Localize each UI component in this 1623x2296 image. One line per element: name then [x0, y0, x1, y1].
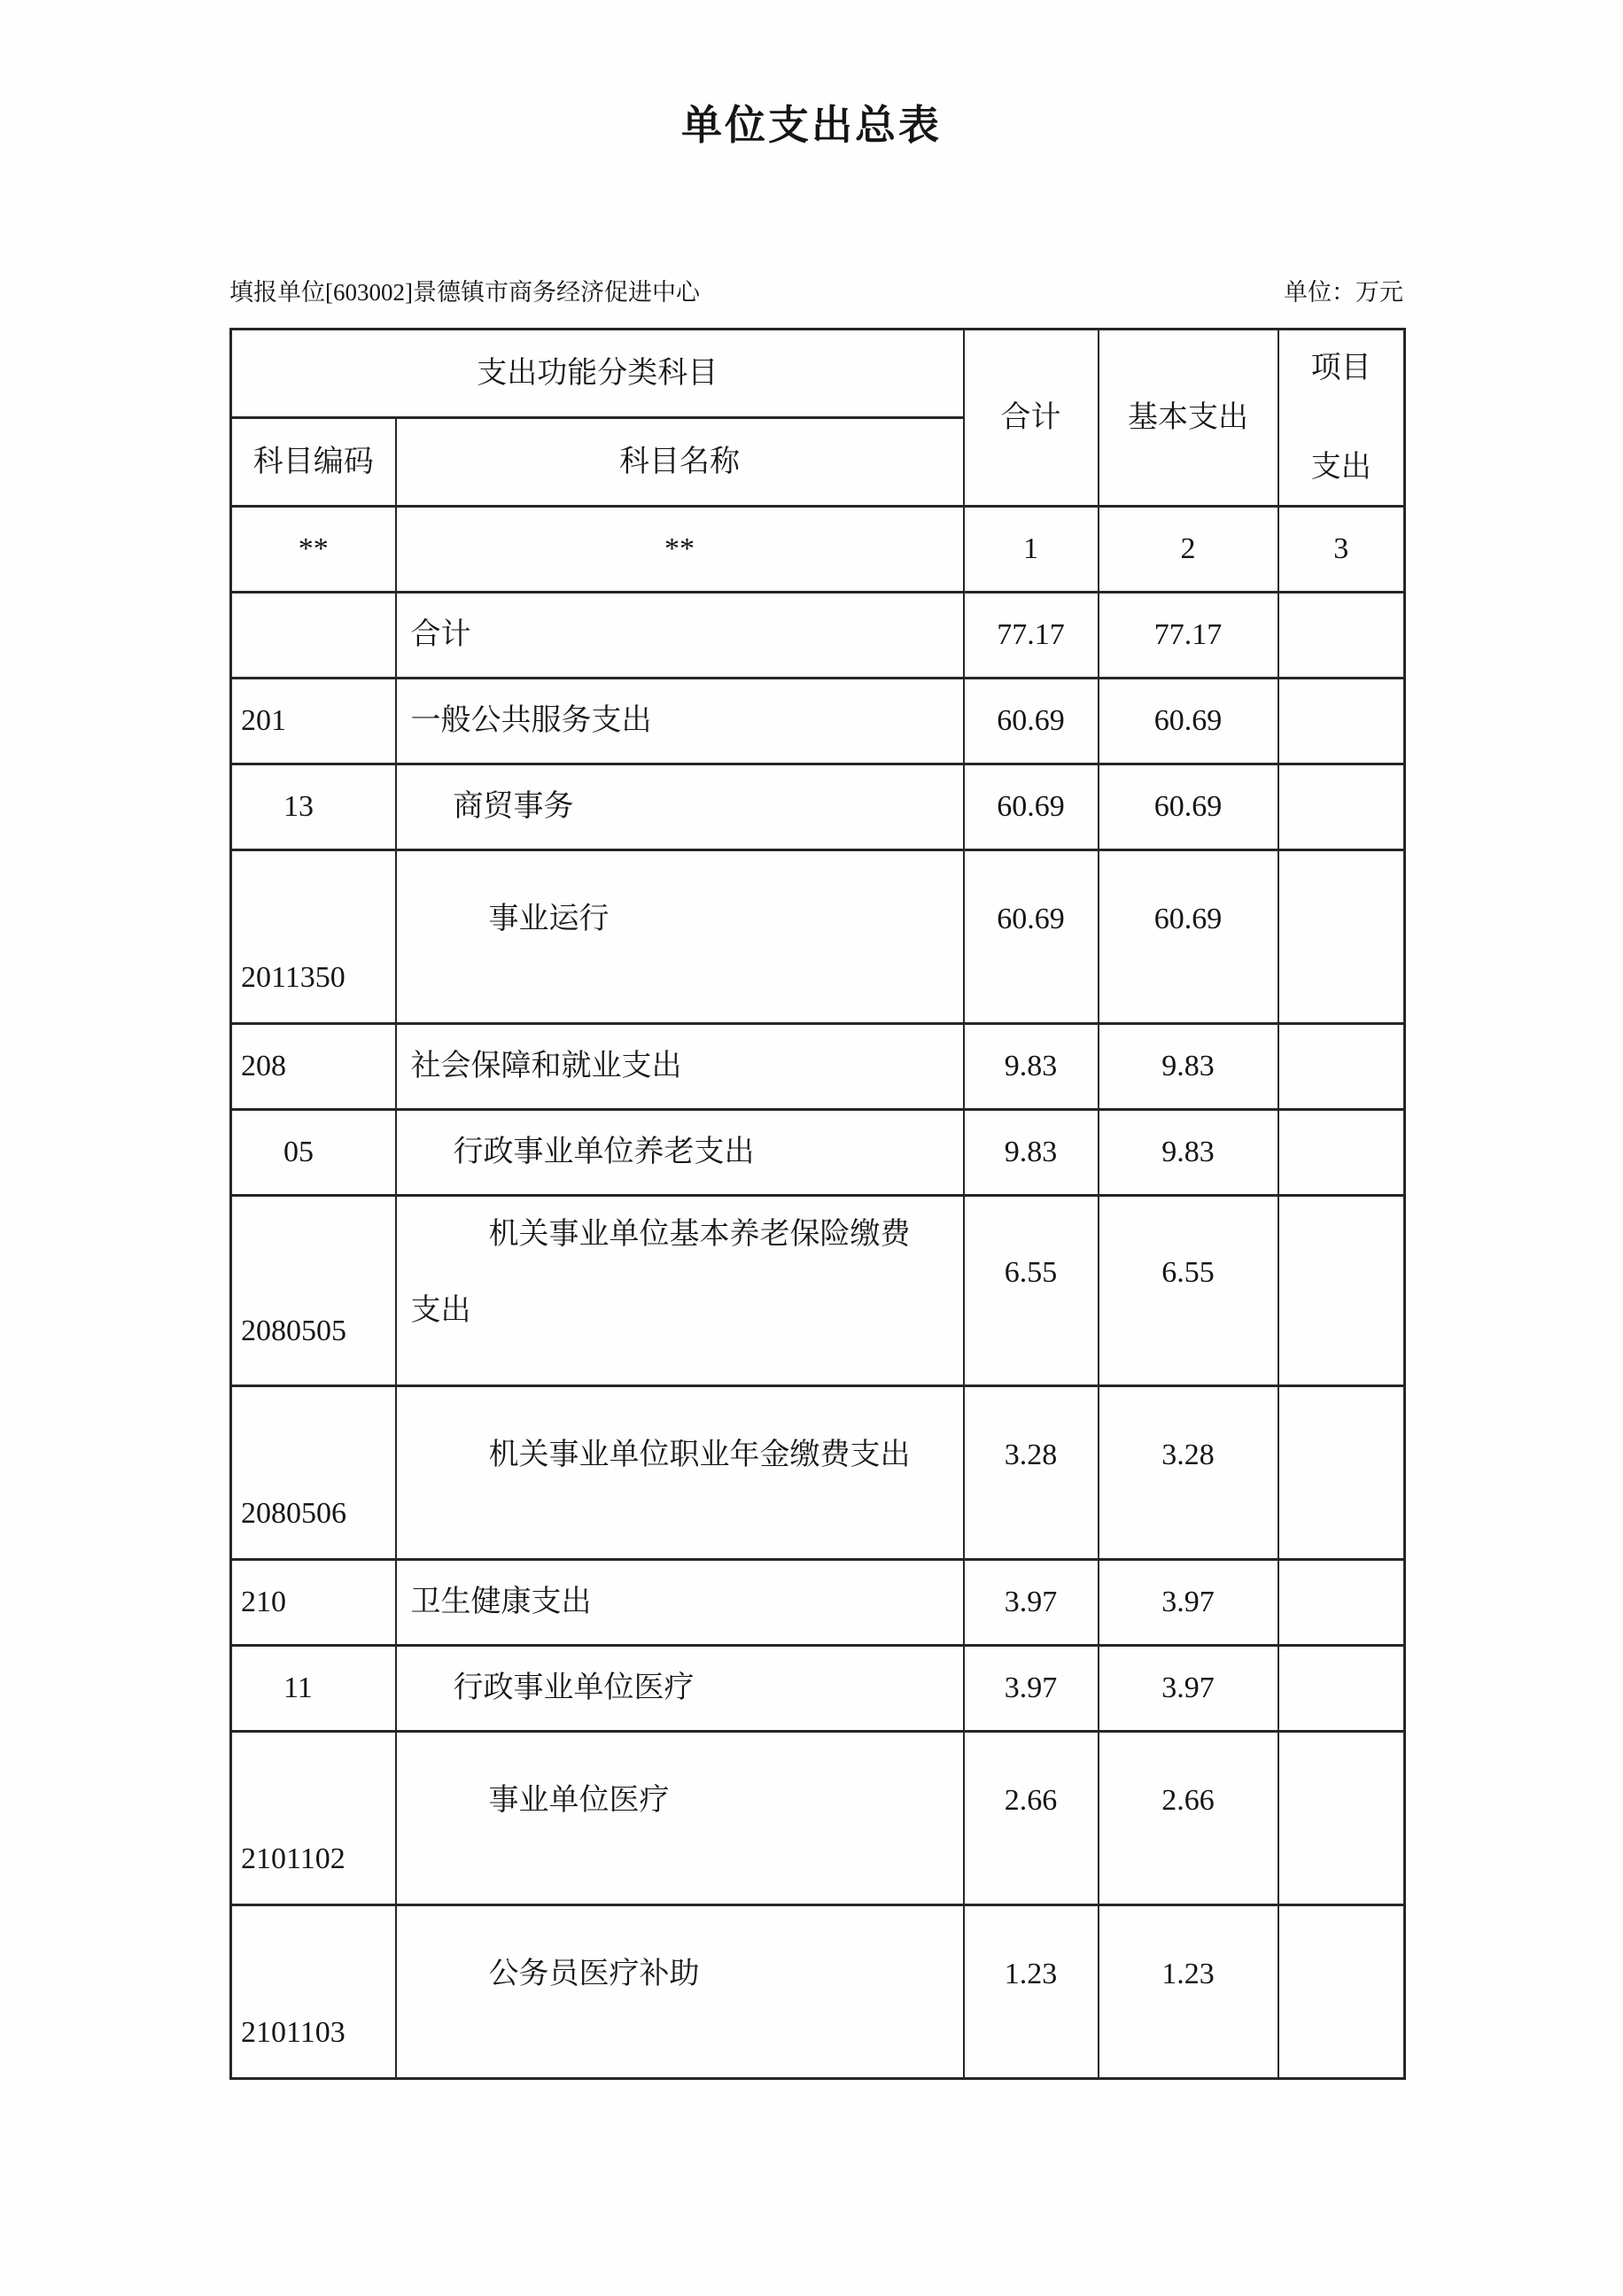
cell-code: 2080505	[231, 1196, 396, 1386]
cell-project	[1278, 679, 1405, 764]
cell-total: 1.23	[964, 1905, 1099, 2079]
table-row: 201 一般公共服务支出 60.69 60.69	[231, 679, 1405, 764]
cell-total: 77.17	[964, 593, 1099, 679]
table-row: 210 卫生健康支出 3.97 3.97	[231, 1560, 1405, 1646]
cell-project	[1278, 1196, 1405, 1386]
expenditure-table: 支出功能分类科目 合计 基本支出 项目 支出 科目编码 科目名称 ** ** 1…	[229, 328, 1406, 2080]
cell-name: 事业单位医疗	[396, 1732, 964, 1905]
table-row: 11 行政事业单位医疗 3.97 3.97	[231, 1646, 1405, 1732]
cell-name: 商贸事务	[396, 764, 964, 850]
cell-project: 3	[1278, 507, 1405, 593]
col-header-project-line1: 项目	[1279, 353, 1404, 384]
cell-code: 2080506	[231, 1386, 396, 1560]
header-row-1: 支出功能分类科目 合计 基本支出 项目 支出	[231, 330, 1405, 418]
cell-name: 社会保障和就业支出	[396, 1024, 964, 1110]
table-row: 05 行政事业单位养老支出 9.83 9.83	[231, 1110, 1405, 1196]
col-header-basic: 基本支出	[1099, 330, 1278, 507]
col-header-name: 科目名称	[396, 418, 964, 507]
cell-total: 60.69	[964, 679, 1099, 764]
cell-name: 机关事业单位基本养老保险缴费 支出	[396, 1196, 964, 1386]
table-body: ** ** 1 2 3 合计 77.17 77.17 201 一般公共服务支出 …	[231, 507, 1405, 2079]
cell-total: 1	[964, 507, 1099, 593]
table-row: 13 商贸事务 60.69 60.69	[231, 764, 1405, 850]
cell-code: 210	[231, 1560, 396, 1646]
cell-code	[231, 593, 396, 679]
cell-basic: 3.97	[1099, 1560, 1278, 1646]
cell-project	[1278, 1905, 1405, 2079]
cell-project	[1278, 1024, 1405, 1110]
table-row: 2101102 事业单位医疗 2.66 2.66	[231, 1732, 1405, 1905]
cell-code: 2011350	[231, 850, 396, 1024]
document-page: 单位支出总表 填报单位[603002]景德镇市商务经济促进中心 单位：万元 支出…	[0, 0, 1623, 2296]
cell-total: 3.97	[964, 1646, 1099, 1732]
cell-project	[1278, 1560, 1405, 1646]
cell-code: 2101102	[231, 1732, 396, 1905]
cell-basic: 6.55	[1099, 1196, 1278, 1386]
col-header-project-line2: 支出	[1279, 453, 1404, 483]
cell-code: 2101103	[231, 1905, 396, 2079]
page-title: 单位支出总表	[0, 105, 1623, 145]
cell-project	[1278, 1110, 1405, 1196]
cell-total: 60.69	[964, 850, 1099, 1024]
cell-name: 行政事业单位养老支出	[396, 1110, 964, 1196]
cell-project	[1278, 850, 1405, 1024]
table-row: 2080505 机关事业单位基本养老保险缴费 支出 6.55 6.55	[231, 1196, 1405, 1386]
cell-name: 事业运行	[396, 850, 964, 1024]
cell-basic: 3.28	[1099, 1386, 1278, 1560]
col-header-project: 项目 支出	[1278, 330, 1405, 507]
cell-code: 201	[231, 679, 396, 764]
cell-code: 11	[231, 1646, 396, 1732]
table-row: 2080506 机关事业单位职业年金缴费支出 3.28 3.28	[231, 1386, 1405, 1560]
cell-project	[1278, 1732, 1405, 1905]
cell-code: **	[231, 507, 396, 593]
table-row: 208 社会保障和就业支出 9.83 9.83	[231, 1024, 1405, 1110]
cell-total: 2.66	[964, 1732, 1099, 1905]
cell-name: 卫生健康支出	[396, 1560, 964, 1646]
cell-total: 60.69	[964, 764, 1099, 850]
cell-name: 一般公共服务支出	[396, 679, 964, 764]
cell-total: 3.97	[964, 1560, 1099, 1646]
table-row: 2011350 事业运行 60.69 60.69	[231, 850, 1405, 1024]
cell-basic: 9.83	[1099, 1110, 1278, 1196]
cell-total: 9.83	[964, 1110, 1099, 1196]
cell-project	[1278, 1386, 1405, 1560]
cell-basic: 2	[1099, 507, 1278, 593]
cell-basic: 60.69	[1099, 679, 1278, 764]
table-row: 合计 77.17 77.17	[231, 593, 1405, 679]
cell-code: 13	[231, 764, 396, 850]
cell-basic: 60.69	[1099, 764, 1278, 850]
cell-name: 合计	[396, 593, 964, 679]
cell-basic: 2.66	[1099, 1732, 1278, 1905]
cell-project	[1278, 1646, 1405, 1732]
report-unit-label: 填报单位[603002]景德镇市商务经济促进中心	[229, 278, 700, 306]
col-header-total: 合计	[964, 330, 1099, 507]
cell-basic: 3.97	[1099, 1646, 1278, 1732]
subtitle-row: 填报单位[603002]景德镇市商务经济促进中心 单位：万元	[229, 278, 1403, 306]
table-row-star: ** ** 1 2 3	[231, 507, 1405, 593]
cell-name: **	[396, 507, 964, 593]
cell-basic: 1.23	[1099, 1905, 1278, 2079]
cell-name: 机关事业单位职业年金缴费支出	[396, 1386, 964, 1560]
col-header-code: 科目编码	[231, 418, 396, 507]
cell-name: 行政事业单位医疗	[396, 1646, 964, 1732]
cell-total: 9.83	[964, 1024, 1099, 1110]
cell-project	[1278, 764, 1405, 850]
table-header: 支出功能分类科目 合计 基本支出 项目 支出 科目编码 科目名称	[231, 330, 1405, 507]
cell-project	[1278, 593, 1405, 679]
cell-basic: 77.17	[1099, 593, 1278, 679]
cell-basic: 9.83	[1099, 1024, 1278, 1110]
cell-code: 05	[231, 1110, 396, 1196]
cell-total: 3.28	[964, 1386, 1099, 1560]
cell-total: 6.55	[964, 1196, 1099, 1386]
col-header-function-class: 支出功能分类科目	[231, 330, 964, 418]
cell-basic: 60.69	[1099, 850, 1278, 1024]
cell-code: 208	[231, 1024, 396, 1110]
table-row: 2101103 公务员医疗补助 1.23 1.23	[231, 1905, 1405, 2079]
cell-name: 公务员医疗补助	[396, 1905, 964, 2079]
unit-note-label: 单位：万元	[1284, 278, 1403, 306]
